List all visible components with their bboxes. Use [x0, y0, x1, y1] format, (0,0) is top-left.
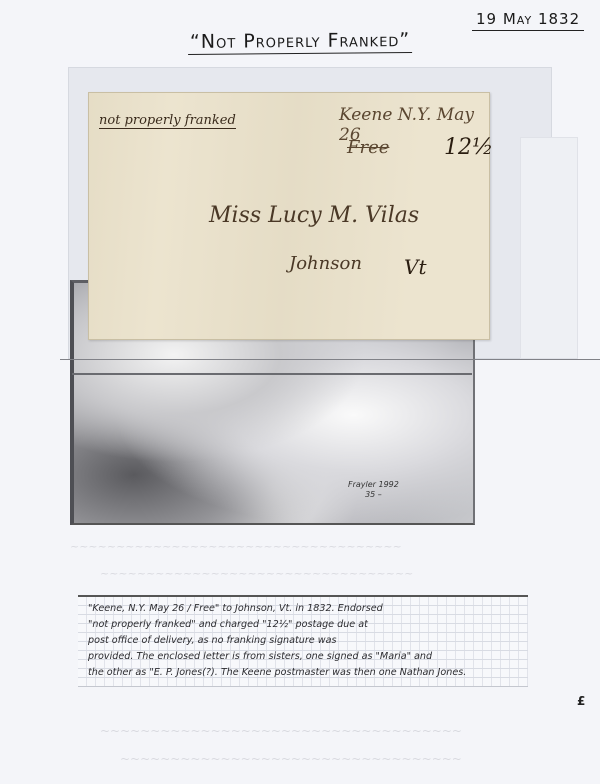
stampless-cover: not properly franked Keene N.Y. May 26 F… — [88, 92, 490, 340]
sleeve-edge-line — [60, 359, 600, 360]
caption-line: the other as "E. P. Jones(?). The Keene … — [88, 665, 518, 681]
address-state: Vt — [404, 255, 426, 279]
pencil-note: Frayler 1992 35 – — [348, 480, 399, 500]
caption-line: provided. The enclosed letter is from si… — [88, 649, 518, 665]
pencil-note-line2: 35 – — [348, 490, 399, 500]
protective-sleeve-inner — [520, 137, 578, 359]
margin-mark: £ — [577, 694, 585, 708]
photocopy-fold-line — [72, 373, 472, 375]
caption-line: post office of delivery, as no franking … — [88, 633, 518, 649]
caption-line: "not properly franked" and charged "12½"… — [88, 617, 518, 633]
bleed-through-text-3: ~~~~~~~~~~~~~~~~~~~~~~~~~~~~~~~~~~~~ — [100, 724, 462, 738]
bleed-through-text-1: ~~~~~~~~~~~~~~~~~~~~~~~~~~~~~~~~~~~~ — [70, 540, 402, 553]
address-town: Johnson — [289, 253, 362, 274]
manuscript-endorsement: not properly franked — [99, 113, 236, 129]
address-addressee: Miss Lucy M. Vilas — [209, 203, 419, 228]
caption-box: "Keene, N.Y. May 26 / Free" to Johnson, … — [78, 595, 528, 687]
postage-rate: 12½ — [444, 135, 493, 160]
page-date: 19 May 1832 — [472, 10, 584, 31]
postmark-free: Free — [347, 137, 389, 158]
page-title: “Not Properly Franked” — [188, 29, 412, 55]
pencil-note-line1: Frayler 1992 — [348, 480, 399, 490]
bleed-through-text-2: ~~~~~~~~~~~~~~~~~~~~~~~~~~~~~~~~~~ — [100, 567, 413, 580]
caption-line: "Keene, N.Y. May 26 / Free" to Johnson, … — [88, 601, 518, 617]
bleed-through-text-4: ~~~~~~~~~~~~~~~~~~~~~~~~~~~~~~~~~~ — [120, 752, 462, 766]
